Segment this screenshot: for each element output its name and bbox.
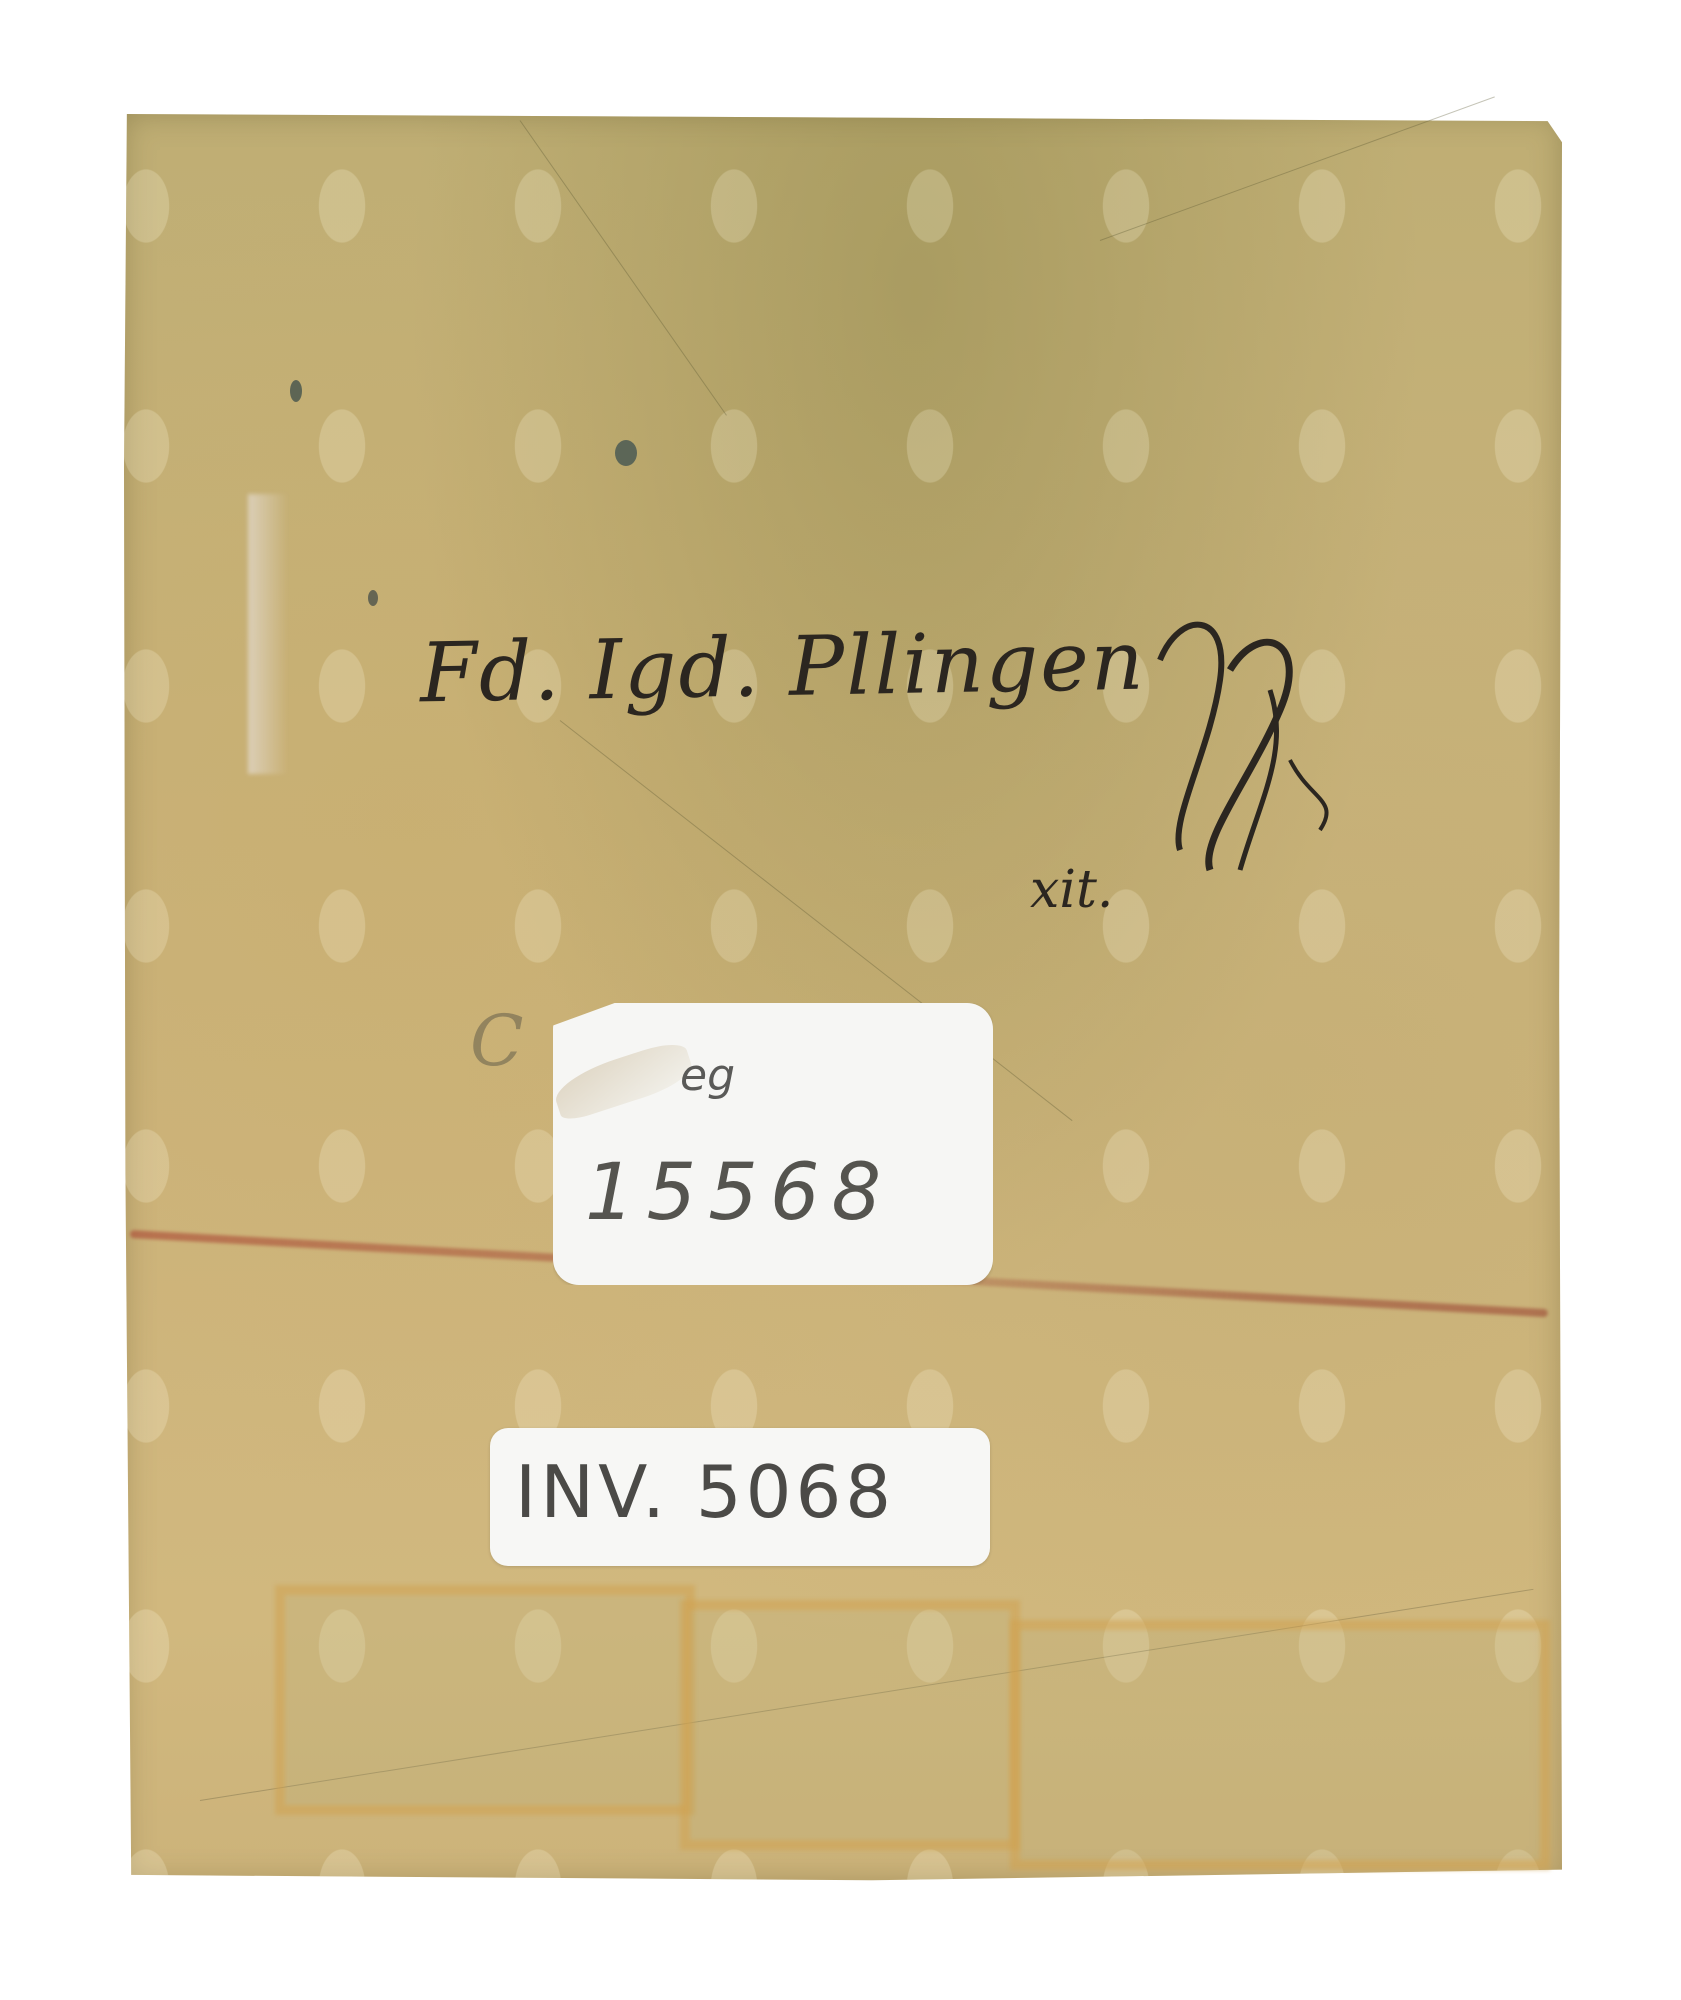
ink-inscription-sub: xit. [1030, 860, 1113, 920]
ink-inscription: Fd. Igd. Pllingen [419, 614, 1146, 722]
stain-rectangle [1010, 1620, 1550, 1870]
edge-residue [248, 494, 288, 774]
corrosion-spot [615, 440, 637, 466]
stain-rectangle [680, 1600, 1020, 1850]
signature-flourish [1140, 600, 1460, 900]
label-old-number: 15568 [585, 1148, 893, 1238]
collection-label-old [553, 1003, 993, 1285]
label-old-prefix: eg [680, 1050, 735, 1101]
corrosion-spot [368, 590, 378, 606]
inventory-number: INV. 5068 [515, 1450, 895, 1534]
corrosion-spot [290, 380, 302, 402]
stain-rectangle [275, 1585, 695, 1815]
pencil-mark: C [470, 1000, 524, 1082]
